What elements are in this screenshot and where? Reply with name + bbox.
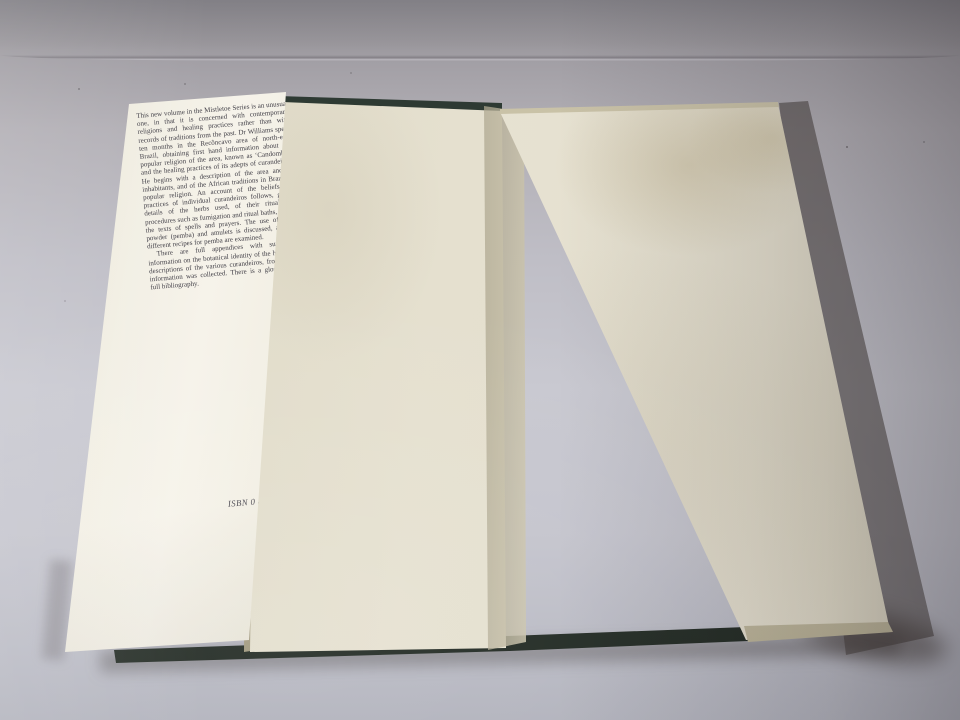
photo-vignette: [0, 0, 960, 720]
photo-scene: This new volume in the Mistletoe Series …: [0, 0, 960, 720]
